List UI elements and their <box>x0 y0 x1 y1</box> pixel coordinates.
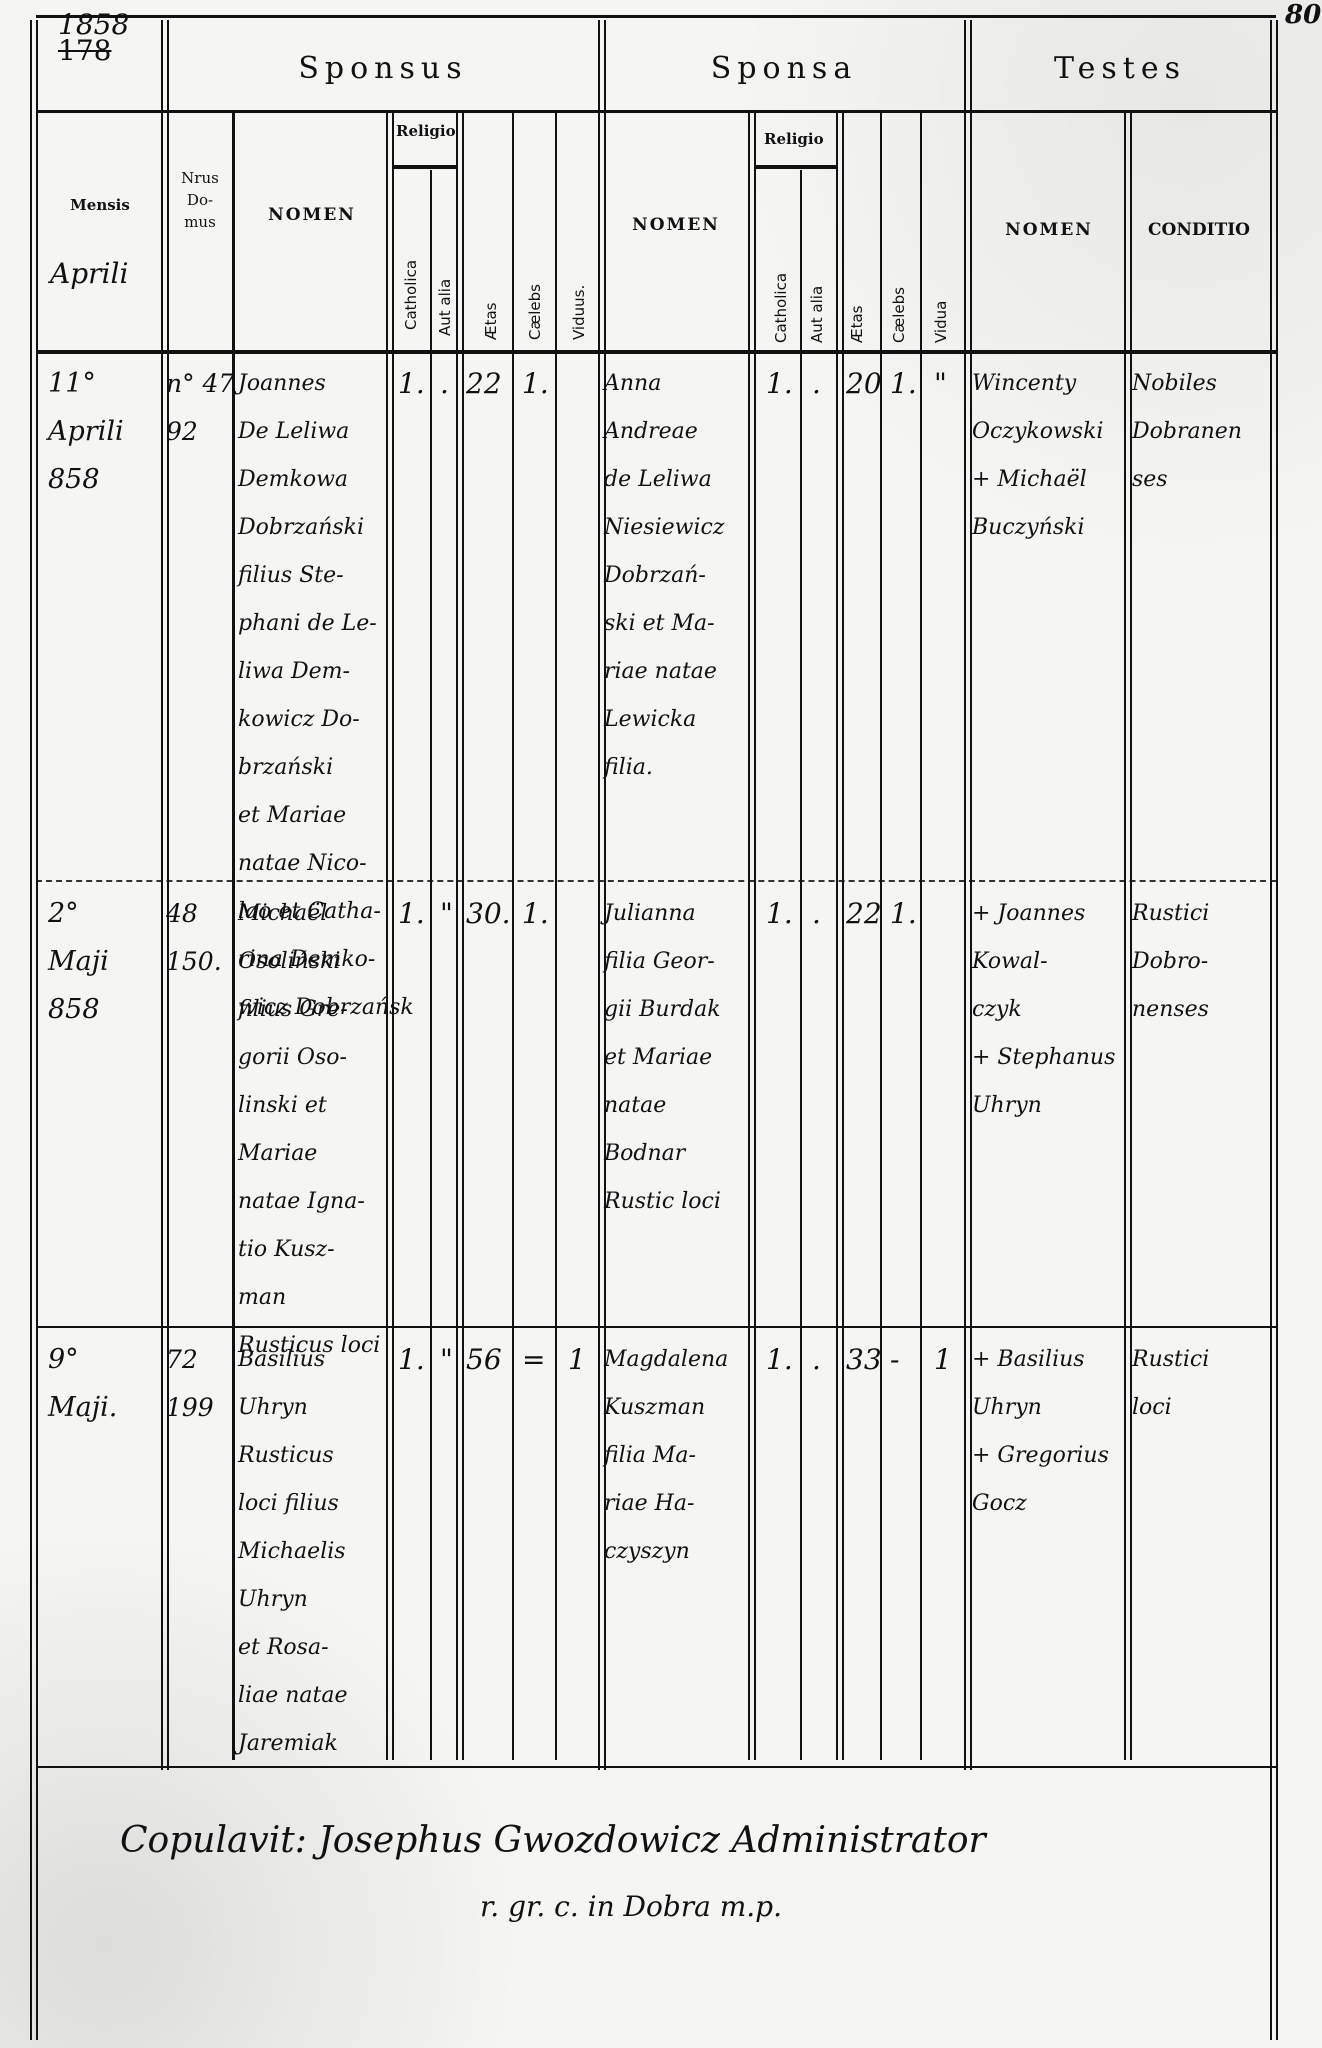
entry-sponsus-aut-alia: " <box>440 1336 453 1384</box>
entry-sponsus-catholica: 1. <box>398 360 425 408</box>
entry-sponsa-aut-alia: . <box>812 1336 821 1384</box>
entry-date: 9° Maji. <box>48 1336 117 1432</box>
signature-line-1: Copulavit: Josephus Gwozdowicz Administr… <box>120 1820 986 1861</box>
entry-sponsus-nomen: Michaël Osoliński filius Gre- gorii Oso-… <box>238 890 380 1370</box>
entry-testes-nomen: + Joannes Kowal- czyk + Stephanus Uhryn <box>972 890 1115 1130</box>
row-divider-2 <box>36 1326 1276 1328</box>
entry-sponsus-caelebs: 1. <box>522 890 549 938</box>
entry-sponsa-aut-alia: . <box>812 890 821 938</box>
entry-sponsa-catholica: 1. <box>766 360 793 408</box>
group-header-testes: Testes <box>970 28 1270 108</box>
col-header-sponsa-vidua: Vidua <box>932 301 950 343</box>
entry-sponsus-aut-alia: . <box>440 360 449 408</box>
col-rule-catholica <box>430 170 432 1760</box>
entry-sponsa-caelebs: 1. <box>890 360 917 408</box>
entry-sponsa-aetas: 22 <box>846 890 882 938</box>
entry-nrus-domus: 72 199 <box>166 1336 214 1432</box>
marriage-register-page: 1858 178 80 Sponsus Sponsa Testes Mensis… <box>0 0 1322 2048</box>
entry-testes-nomen: + Basilius Uhryn + Gregorius Gocz <box>972 1336 1109 1528</box>
col-header-sponsus-viduus: Viduus. <box>570 285 588 340</box>
entry-nrus-domus: n° 47 92 <box>166 360 234 456</box>
entry-sponsus-aetas: 30. <box>466 890 511 938</box>
col-header-mensis: Mensis <box>40 190 160 220</box>
entry-date: 2° Maji 858 <box>48 890 109 1034</box>
col-header-sponsus-catholica: Catholica <box>402 260 420 330</box>
entry-sponsa-nomen: Anna Andreae de Leliwa Niesiewicz Dobrza… <box>604 360 724 792</box>
col-rule-testes-nomen <box>1124 110 1132 1760</box>
entry-sponsus-catholica: 1. <box>398 890 425 938</box>
col-header-sponsa-aut-alia: Aut alia <box>808 286 826 343</box>
col-header-testes-conditio: CONDITIO <box>1130 215 1268 245</box>
entry-sponsa-catholica: 1. <box>766 890 793 938</box>
group-header-sponsus: Sponsus <box>168 28 598 108</box>
col-rule-aetas <box>512 110 514 1760</box>
col-rule-caelebs <box>555 110 557 1760</box>
signature-line-2: r. gr. c. in Dobra m.p. <box>480 1890 782 1923</box>
col-header-sponsa-religio: Religio <box>764 130 824 148</box>
entry-sponsa-aetas: 33 <box>846 1336 882 1384</box>
entry-sponsa-vidua: " <box>934 360 947 408</box>
col-header-sponsa-nomen: NOMEN <box>604 210 748 240</box>
group-header-rule <box>36 110 1276 113</box>
col-rule-aut-alia <box>456 110 464 1760</box>
col-header-sponsus-caelebs: Cælebs <box>526 284 544 340</box>
entry-sponsa-catholica: 1. <box>766 1336 793 1384</box>
entry-testes-conditio: Rustici Dobro- nenses <box>1132 890 1209 1034</box>
col-header-testes-nomen: NOMEN <box>975 215 1123 245</box>
col-header-sponsa-caelebs: Cælebs <box>890 287 908 343</box>
mensis-value: Aprili <box>50 250 128 298</box>
row-divider-3 <box>36 1766 1276 1768</box>
entry-sponsus-aut-alia: " <box>440 890 453 938</box>
entry-testes-conditio: Nobiles Dobranen ses <box>1132 360 1242 504</box>
entry-sponsa-aut-alia: . <box>812 360 821 408</box>
header-bottom-rule <box>36 350 1276 354</box>
entry-sponsus-aetas: 56 <box>466 1336 502 1384</box>
col-header-sponsa-catholica: Catholica <box>772 273 790 343</box>
col-header-sponsus-aetas: Ætas <box>482 303 500 341</box>
col-header-sponsus-religio: Religio <box>396 122 456 140</box>
left-border <box>30 20 38 2040</box>
col-rule-sponsa-caelebs <box>920 110 922 1760</box>
religio-rule-sponsa <box>754 165 836 169</box>
entry-sponsa-caelebs: - <box>890 1336 899 1384</box>
col-rule-sponsa-catholica <box>800 170 802 1760</box>
year-corner: 1858 178 <box>58 12 129 64</box>
entry-nrus-domus: 48 150. <box>166 890 222 986</box>
col-header-sponsus-aut-alia: Aut alia <box>436 279 454 336</box>
entry-sponsa-caelebs: 1. <box>890 890 917 938</box>
entry-testes-nomen: Wincenty Oczykowski + Michaël Buczyński <box>972 360 1103 552</box>
page-mark: 80 <box>1285 0 1321 30</box>
entry-testes-conditio: Rustici loci <box>1132 1336 1209 1432</box>
top-border <box>36 15 1276 18</box>
right-border <box>1270 20 1278 2040</box>
entry-sponsus-aetas: 22 <box>466 360 502 408</box>
entry-sponsa-aetas: 20 <box>846 360 882 408</box>
col-rule-nrus <box>232 110 235 1760</box>
entry-sponsus-catholica: 1. <box>398 1336 425 1384</box>
col-header-sponsa-aetas: Ætas <box>848 306 866 344</box>
entry-sponsus-caelebs: = <box>522 1336 545 1384</box>
col-header-nrus-domus: Nrus Do- mus <box>172 160 228 240</box>
printed-number-struck: 178 <box>58 38 129 64</box>
religio-rule-sponsus <box>394 165 456 169</box>
col-header-sponsus-nomen: NOMEN <box>238 200 386 230</box>
col-rule-sponsa-aut-alia <box>836 110 844 1760</box>
entry-sponsa-vidua: 1 <box>934 1336 952 1384</box>
entry-date: 11° Aprili 858 <box>48 360 124 504</box>
col-rule-sponsa-nomen <box>748 110 756 1760</box>
entry-sponsus-viduus: 1 <box>568 1336 586 1384</box>
group-header-sponsa: Sponsa <box>604 28 964 108</box>
row-divider-1 <box>36 880 1276 882</box>
entry-sponsus-caelebs: 1. <box>522 360 549 408</box>
col-rule-sponsa-end <box>964 20 972 1770</box>
entry-sponsa-nomen: Julianna filia Geor- gii Burdak et Maria… <box>604 890 721 1226</box>
entry-sponsus-nomen: Basilius Uhryn Rusticus loci filius Mich… <box>238 1336 347 1768</box>
entry-sponsa-nomen: Magdalena Kuszman filia Ma- riae Ha- czy… <box>604 1336 728 1576</box>
